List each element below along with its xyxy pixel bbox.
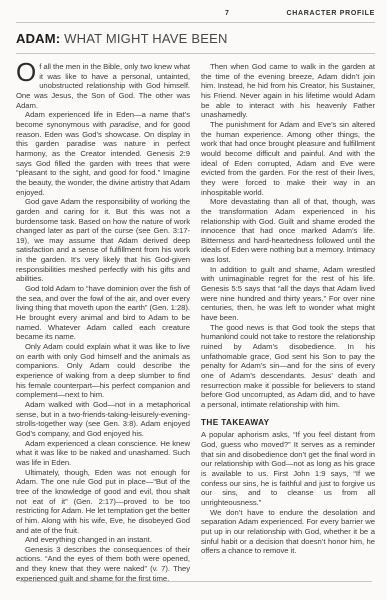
body-paragraph: God gave Adam the responsibility of work… [16,197,190,284]
running-header: 7 CHARACTER PROFILE [16,9,375,22]
section-label: CHARACTER PROFILE [286,10,375,17]
body-paragraph: The good news is that God took the steps… [201,323,375,410]
paragraph-text: , and for good reason. Eden was God’s sh… [16,120,190,197]
body-paragraph: And everything changed in an instant. [16,535,190,545]
body-paragraph: The punishment for Adam and Eve’s sin al… [201,120,375,197]
footer-rule [20,581,372,582]
body-paragraph: More devastating than all of that, thoug… [201,197,375,265]
article-title-name: ADAM: [16,31,60,46]
left-column: Of all the men in the Bible, only two kn… [16,62,190,583]
body-paragraph: Adam experienced life in Eden—a name tha… [16,110,190,197]
italic-word: paradise [110,120,139,129]
page-number: 7 [225,10,230,17]
body-paragraph: We don’t have to endure the desolation a… [201,508,375,556]
article-title-subtitle: WHAT MIGHT HAVE BEEN [60,31,227,46]
body-paragraph: Genesis 3 describes the consequences of … [16,545,190,584]
body-paragraph: Adam experienced a clean conscience. He … [16,439,190,468]
drop-cap: O [16,62,39,82]
body-paragraph: Adam walked with God—not in a metaphoric… [16,400,190,439]
body-paragraph: Only Adam could explain what it was like… [16,342,190,400]
body-paragraph: Then when God came to walk in the garden… [201,62,375,120]
body-paragraph: Ultimately, though, Eden was not enough … [16,468,190,536]
book-page: 7 CHARACTER PROFILE ADAM: WHAT MIGHT HAV… [0,0,387,583]
body-paragraph: In addition to guilt and shame, Adam wre… [201,265,375,323]
body-paragraph: A popular aphorism asks, “If you feel di… [201,430,375,507]
right-column: Then when God came to walk in the garden… [201,62,375,583]
opening-paragraph-text: f all the men in the Bible, only two kne… [16,62,190,110]
body-paragraph: God told Adam to “have dominion over the… [16,284,190,342]
opening-paragraph: Of all the men in the Bible, only two kn… [16,62,190,110]
takeaway-heading: THE TAKEAWAY [201,418,375,428]
two-column-body: Of all the men in the Bible, only two kn… [16,54,375,583]
article-title: ADAM: WHAT MIGHT HAVE BEEN [16,23,375,54]
